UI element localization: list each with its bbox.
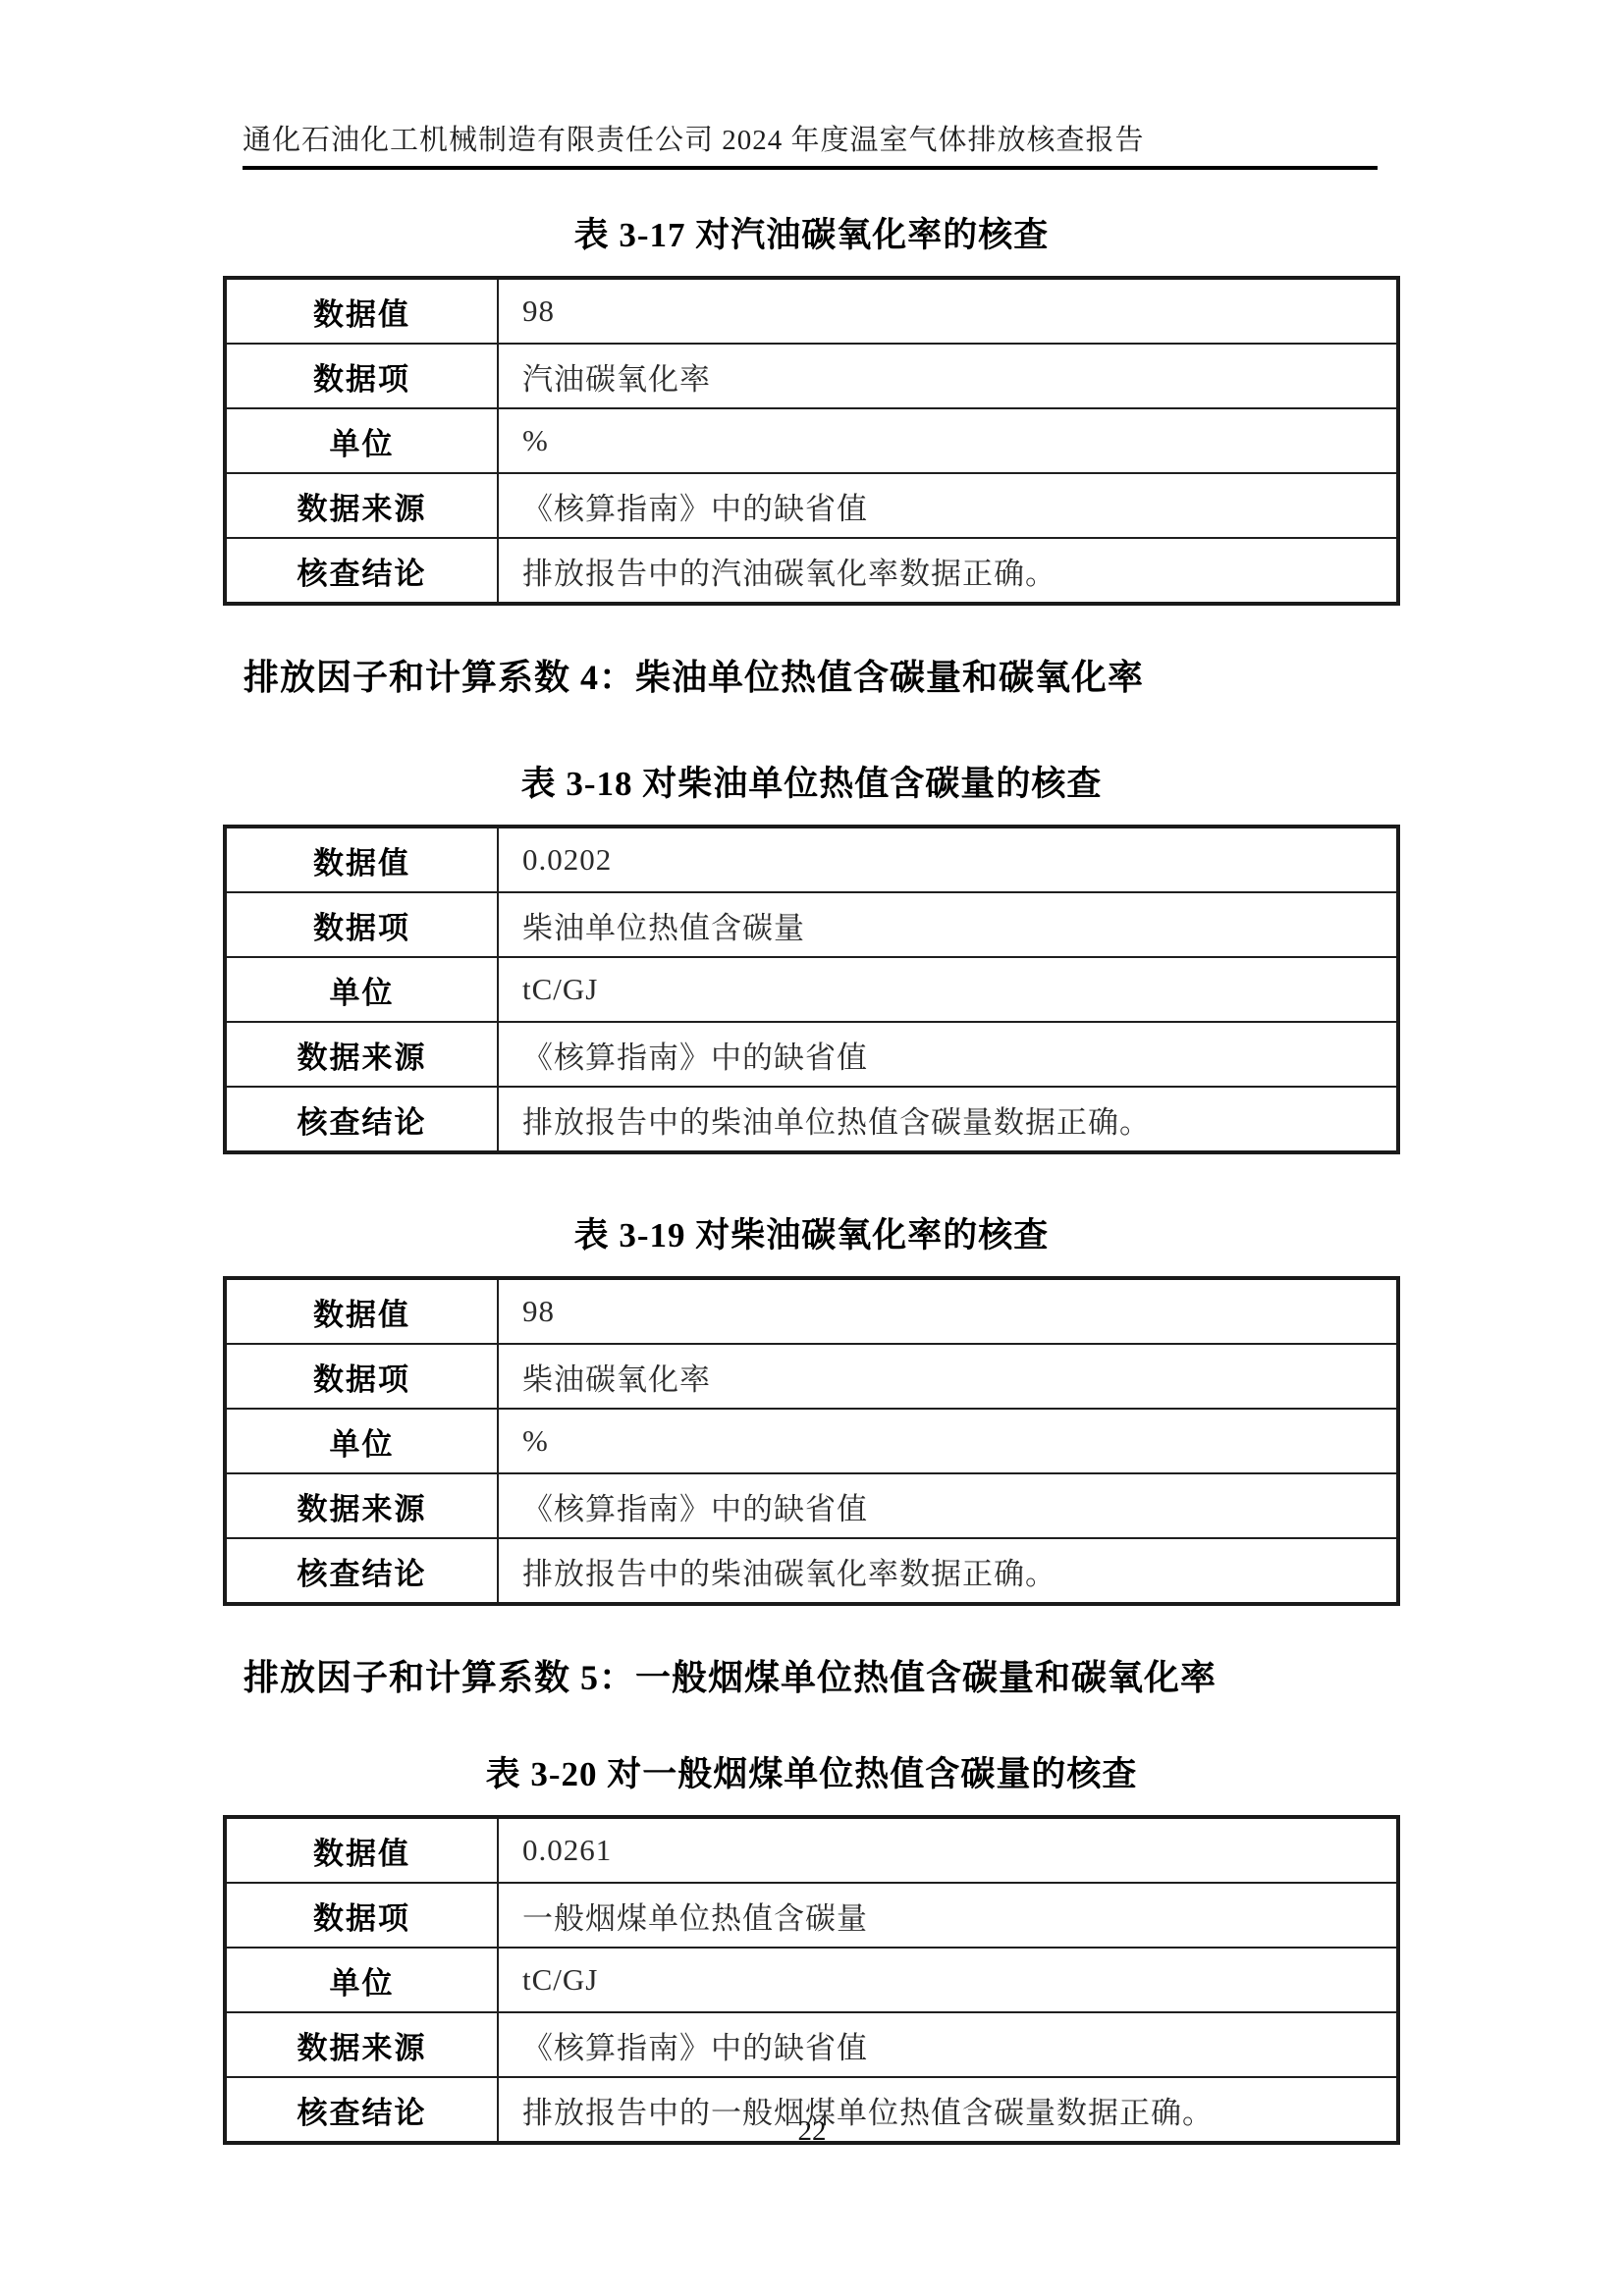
table-row: 核查结论 排放报告中的汽油碳氧化率数据正确。 bbox=[226, 538, 1398, 604]
row-label: 核查结论 bbox=[226, 538, 499, 604]
row-value: 《核算指南》中的缺省值 bbox=[498, 1473, 1398, 1538]
table-row: 数据项 汽油碳氧化率 bbox=[226, 344, 1398, 408]
row-value: 汽油碳氧化率 bbox=[498, 344, 1398, 408]
row-label: 数据项 bbox=[226, 344, 499, 408]
row-label: 数据来源 bbox=[226, 2012, 499, 2077]
table-row: 数据值 0.0202 bbox=[226, 828, 1398, 893]
table-row: 核查结论 排放报告中的柴油单位热值含碳量数据正确。 bbox=[226, 1087, 1398, 1152]
table-row: 单位 tC/GJ bbox=[226, 957, 1398, 1022]
table-3-19: 数据值 98 数据项 柴油碳氧化率 单位 % 数据来源 《核算指南》中的缺省值 … bbox=[224, 1277, 1399, 1605]
report-title: 通化石油化工机械制造有限责任公司 2024 年度温室气体排放核查报告 bbox=[243, 125, 1145, 156]
table-row: 单位 % bbox=[226, 408, 1398, 473]
section-heading-factor-4: 排放因子和计算系数 4：柴油单位热值含碳量和碳氧化率 bbox=[244, 650, 1399, 700]
row-label: 数据来源 bbox=[226, 1022, 499, 1087]
row-value: 0.0261 bbox=[498, 1818, 1398, 1884]
row-value: tC/GJ bbox=[498, 1948, 1398, 2012]
row-label: 单位 bbox=[226, 408, 499, 473]
page-content: 表 3-17 对汽油碳氧化率的核查 数据值 98 数据项 汽油碳氧化率 单位 %… bbox=[224, 192, 1399, 2144]
row-value: 排放报告中的柴油单位热值含碳量数据正确。 bbox=[498, 1087, 1398, 1152]
table-row: 单位 tC/GJ bbox=[226, 1948, 1398, 2012]
row-label: 数据值 bbox=[226, 279, 499, 345]
row-value: 排放报告中的汽油碳氧化率数据正确。 bbox=[498, 538, 1398, 604]
row-value: 《核算指南》中的缺省值 bbox=[498, 473, 1398, 538]
row-label: 单位 bbox=[226, 957, 499, 1022]
row-label: 核查结论 bbox=[226, 1538, 499, 1604]
row-value: 0.0202 bbox=[498, 828, 1398, 893]
table-3-20: 数据值 0.0261 数据项 一般烟煤单位热值含碳量 单位 tC/GJ 数据来源… bbox=[224, 1816, 1399, 2144]
page-number: 22 bbox=[0, 2115, 1624, 2148]
row-label: 数据项 bbox=[226, 892, 499, 957]
running-header: 通化石油化工机械制造有限责任公司 2024 年度温室气体排放核查报告 bbox=[243, 118, 1378, 170]
table-row: 数据来源 《核算指南》中的缺省值 bbox=[226, 2012, 1398, 2077]
row-value: 98 bbox=[498, 1279, 1398, 1345]
row-value: % bbox=[498, 408, 1398, 473]
row-label: 数据值 bbox=[226, 1818, 499, 1884]
table-3-17: 数据值 98 数据项 汽油碳氧化率 单位 % 数据来源 《核算指南》中的缺省值 … bbox=[224, 277, 1399, 605]
row-label: 数据值 bbox=[226, 828, 499, 893]
row-value: tC/GJ bbox=[498, 957, 1398, 1022]
row-value: 《核算指南》中的缺省值 bbox=[498, 2012, 1398, 2077]
row-value: 98 bbox=[498, 279, 1398, 345]
table-row: 数据值 98 bbox=[226, 279, 1398, 345]
table-row: 数据来源 《核算指南》中的缺省值 bbox=[226, 1022, 1398, 1087]
row-value: 柴油单位热值含碳量 bbox=[498, 892, 1398, 957]
table-row: 数据项 一般烟煤单位热值含碳量 bbox=[226, 1883, 1398, 1948]
table-row: 数据项 柴油碳氧化率 bbox=[226, 1344, 1398, 1409]
table-row: 数据来源 《核算指南》中的缺省值 bbox=[226, 473, 1398, 538]
row-label: 核查结论 bbox=[226, 1087, 499, 1152]
row-value: % bbox=[498, 1409, 1398, 1473]
row-label: 数据项 bbox=[226, 1883, 499, 1948]
row-value: 一般烟煤单位热值含碳量 bbox=[498, 1883, 1398, 1948]
section-heading-factor-5: 排放因子和计算系数 5：一般烟煤单位热值含碳量和碳氧化率 bbox=[244, 1650, 1399, 1700]
row-label: 单位 bbox=[226, 1409, 499, 1473]
row-label: 数据项 bbox=[226, 1344, 499, 1409]
table-row: 数据值 0.0261 bbox=[226, 1818, 1398, 1884]
document-page: 通化石油化工机械制造有限责任公司 2024 年度温室气体排放核查报告 表 3-1… bbox=[0, 0, 1624, 2296]
table-3-19-title: 表 3-19 对柴油碳氧化率的核查 bbox=[224, 1208, 1399, 1257]
row-label: 数据来源 bbox=[226, 473, 499, 538]
table-3-20-title: 表 3-20 对一般烟煤单位热值含碳量的核查 bbox=[224, 1747, 1399, 1796]
row-value: 柴油碳氧化率 bbox=[498, 1344, 1398, 1409]
table-row: 核查结论 排放报告中的柴油碳氧化率数据正确。 bbox=[226, 1538, 1398, 1604]
row-value: 《核算指南》中的缺省值 bbox=[498, 1022, 1398, 1087]
table-row: 数据来源 《核算指南》中的缺省值 bbox=[226, 1473, 1398, 1538]
table-row: 单位 % bbox=[226, 1409, 1398, 1473]
row-label: 数据来源 bbox=[226, 1473, 499, 1538]
table-3-18: 数据值 0.0202 数据项 柴油单位热值含碳量 单位 tC/GJ 数据来源 《… bbox=[224, 826, 1399, 1153]
table-row: 数据项 柴油单位热值含碳量 bbox=[226, 892, 1398, 957]
row-label: 单位 bbox=[226, 1948, 499, 2012]
row-value: 排放报告中的柴油碳氧化率数据正确。 bbox=[498, 1538, 1398, 1604]
row-label: 数据值 bbox=[226, 1279, 499, 1345]
table-row: 数据值 98 bbox=[226, 1279, 1398, 1345]
table-3-17-title: 表 3-17 对汽油碳氧化率的核查 bbox=[224, 208, 1399, 257]
table-3-18-title: 表 3-18 对柴油单位热值含碳量的核查 bbox=[224, 757, 1399, 806]
